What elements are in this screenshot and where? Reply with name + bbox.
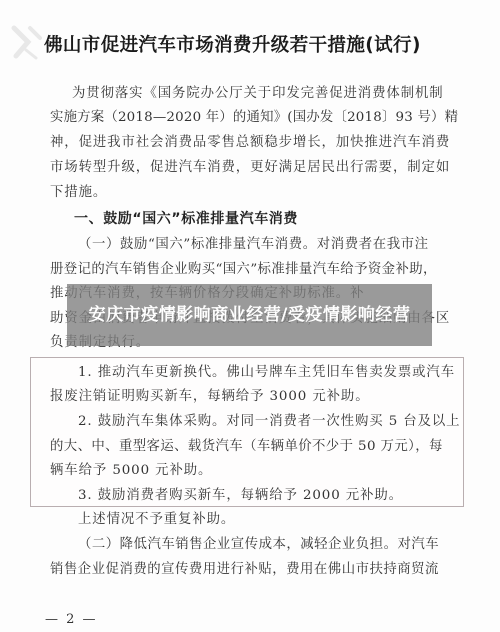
intro-line: 为贯彻落实《国务院办公厅关于印发完善促进消费体制机制: [72, 86, 444, 102]
subsidy-item-line: 1. 推动汽车更新换代。佛山号牌车主凭旧车售卖发票或汽车: [78, 365, 455, 381]
page-number: — 2 —: [45, 612, 98, 627]
intro-line: 实施方案（2018—2020 年）的通知》(国办发〔2018〕93 号）精: [50, 110, 458, 126]
subsidy-item-line: 的大、中、重型客运、载货汽车（车辆单价不少于 50 万元），每: [50, 439, 443, 455]
paragraph-line: 上述情况不予重复补助。: [78, 512, 235, 528]
subsidy-item-line: 3. 鼓励消费者购买新车，每辆给予 2000 元补助。: [78, 488, 403, 504]
section-heading: 一、鼓励“国六”标准排量汽车消费: [74, 208, 298, 228]
paragraph-line: （一）鼓励“国六”标准排量汽车消费。对消费者在我市注: [78, 237, 429, 253]
subsidy-item-line: 辆车给予 5000 元补助。: [50, 463, 212, 479]
document-title: 佛山市促进汽车市场消费升级若干措施(试行): [44, 31, 421, 57]
intro-line: 市场转型升级，促进汽车消费，更好满足居民出行需要，制定如: [50, 160, 450, 176]
caption-text: 安庆市疫情影响商业经营/受疫情影响经营: [85, 305, 415, 326]
paragraph-line: （二）降低汽车销售企业宣传成本，减轻企业负担。对汽车: [78, 537, 439, 553]
subsidy-item-line: 报废注销证明购买新车，每辆给予 3000 元补助。: [50, 389, 370, 405]
intro-line: 神，促进我市社会消费品零售总额稳步增长，加快推进汽车消费: [50, 135, 450, 151]
subsidy-item-line: 2. 鼓励汽车集体采购。对同一消费者一次性购买 5 台及以上: [78, 414, 460, 430]
paragraph-line: 册登记的汽车销售企业购买“国六”标准排量汽车给予资金补助，: [50, 262, 437, 278]
intro-line: 下措施。: [50, 185, 107, 201]
caption-overlay: 安庆市疫情影响商业经营/受疫情影响经营: [67, 284, 432, 346]
paragraph-line: 销售企业促消费的宣传费用进行补贴，费用在佛山市扶持商贸流: [50, 562, 439, 578]
document-page: 佛山市促进汽车市场消费升级若干措施(试行) 为贯彻落实《国务院办公厅关于印发完善…: [0, 0, 500, 632]
